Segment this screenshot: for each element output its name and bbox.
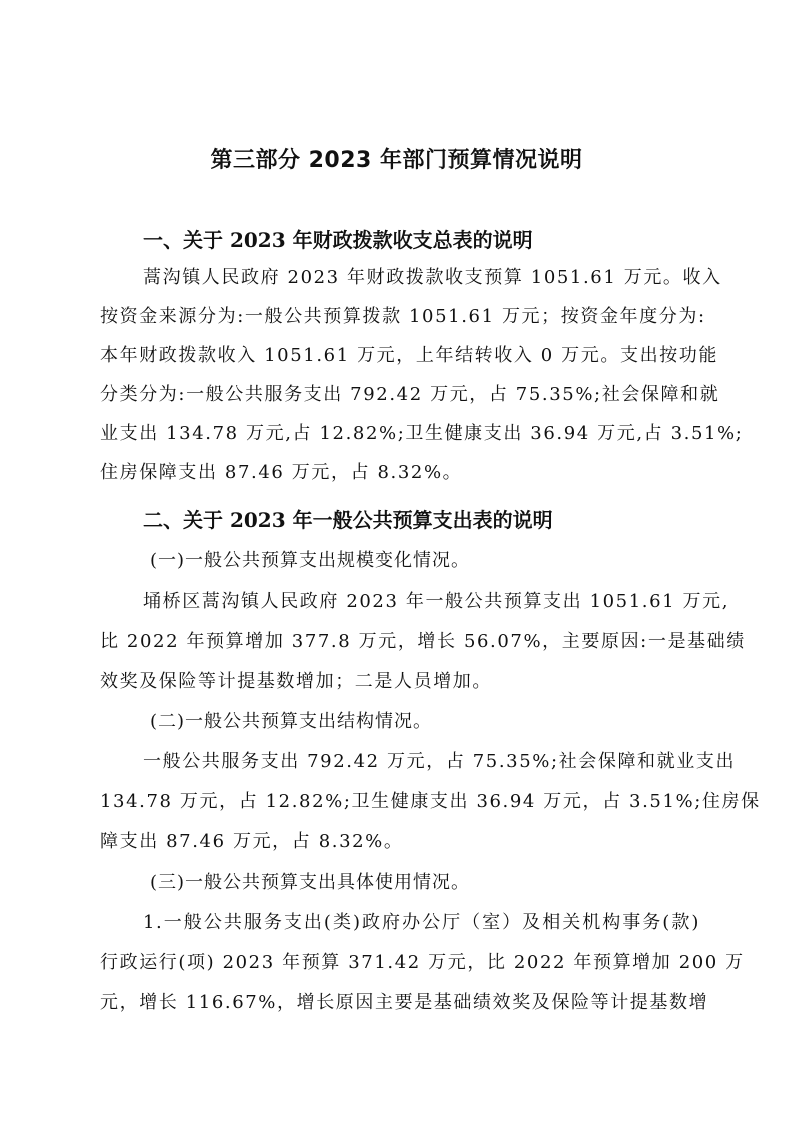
paragraph-line: 蒿沟镇人民政府 2023 年财政拨款收支预算 1051.61 万元。收入 <box>143 263 700 289</box>
document-page: 第三部分 2023 年部门预算情况说明 一、关于 2023 年财政拨款收支总表的… <box>0 0 793 1122</box>
paragraph-line: 住房保障支出 87.46 万元，占 8.32%。 <box>100 458 700 484</box>
paragraph-line: 埇桥区蒿沟镇人民政府 2023 年一般公共预算支出 1051.61 万元, <box>143 587 700 613</box>
subsection-2-heading: (二)一般公共预算支出结构情况。 <box>150 707 432 733</box>
paragraph-line: 业支出 134.78 万元,占 12.82%;卫生健康支出 36.94 万元,占… <box>100 419 700 445</box>
paragraph-line: 行政运行(项) 2023 年预算 371.42 万元，比 2022 年预算增加 … <box>100 948 700 974</box>
paragraph-line: 效奖及保险等计提基数增加；二是人员增加。 <box>100 667 700 693</box>
paragraph-line: 本年财政拨款收入 1051.61 万元，上年结转收入 0 万元。支出按功能 <box>100 341 700 367</box>
page-title: 第三部分 2023 年部门预算情况说明 <box>0 143 793 174</box>
paragraph-line: 障支出 87.46 万元，占 8.32%。 <box>100 827 700 853</box>
paragraph-line: 按资金来源分为:一般公共预算拨款 1051.61 万元；按资金年度分为: <box>100 302 700 328</box>
paragraph-line: 134.78 万元，占 12.82%;卫生健康支出 36.94 万元，占 3.5… <box>100 787 700 813</box>
paragraph-line: 分类分为:一般公共服务支出 792.42 万元，占 75.35%;社会保障和就 <box>100 380 700 406</box>
paragraph-line: 比 2022 年预算增加 377.8 万元，增长 56.07%，主要原因:一是基… <box>100 627 700 653</box>
section-1-heading: 一、关于 2023 年财政拨款收支总表的说明 <box>143 224 533 253</box>
section-2-heading: 二、关于 2023 年一般公共预算支出表的说明 <box>143 504 553 533</box>
paragraph-line: 一般公共服务支出 792.42 万元，占 75.35%;社会保障和就业支出 <box>143 747 700 773</box>
subsection-3-heading: (三)一般公共预算支出具体使用情况。 <box>150 868 470 894</box>
paragraph-line: 元，增长 116.67%，增长原因主要是基础绩效奖及保险等计提基数增 <box>100 988 700 1014</box>
subsection-1-heading: (一)一般公共预算支出规模变化情况。 <box>150 546 470 572</box>
paragraph-line: 1.一般公共服务支出(类)政府办公厅（室）及相关机构事务(款) <box>143 908 700 934</box>
